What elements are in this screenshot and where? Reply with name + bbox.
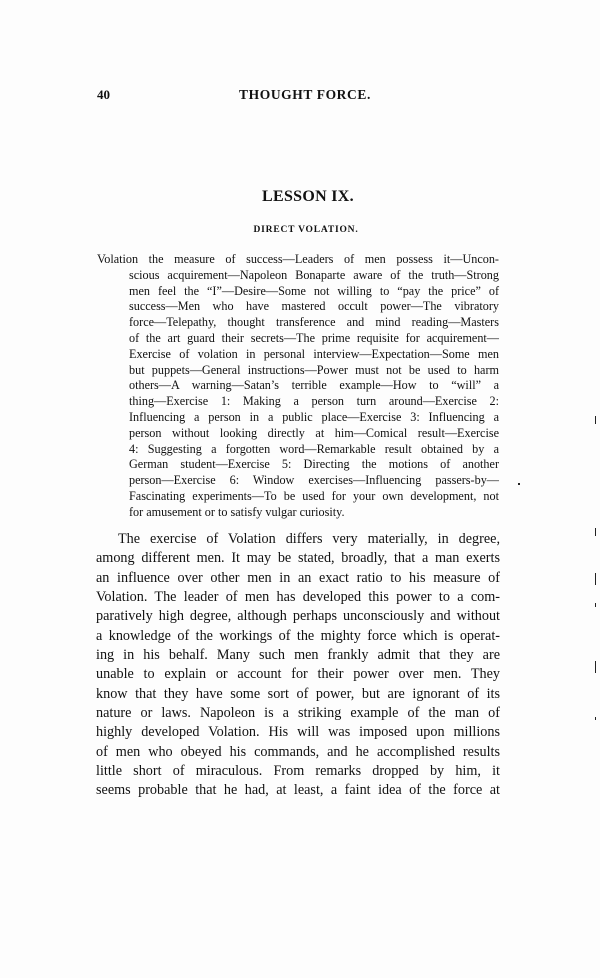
scan-artifact [595, 717, 596, 720]
body-line: seems probable that he had, at least, a … [96, 781, 500, 800]
scan-artifact [595, 603, 596, 607]
lesson-subtitle: DIRECT VOLATION. [0, 225, 600, 235]
body-paragraph: The exercise of Volation differs very ma… [96, 530, 500, 801]
running-head: THOUGHT FORCE. [0, 87, 600, 103]
summary-line: person without looking directly at him—C… [97, 426, 499, 442]
body-line: among different men. It may be stated, b… [96, 549, 500, 568]
scan-artifact [595, 528, 596, 536]
body-line: Volation. The leader of men has develope… [96, 588, 500, 607]
summary-line: Fascinating experiments—To be used for y… [97, 489, 499, 505]
summary-line: but puppets—General instructions—Power m… [97, 363, 499, 379]
lesson-summary: Volation the measure of success—Leaders … [97, 252, 499, 521]
summary-line: success—Men who have mastered occult pow… [97, 299, 499, 315]
body-line: an influence over other men in an exact … [96, 569, 500, 588]
body-line: know that they have some sort of power, … [96, 685, 500, 704]
body-line: unable to explain or account for their p… [96, 665, 500, 684]
body-line: paratively high degree, although perhaps… [96, 607, 500, 626]
body-line: little short of miraculous. From remarks… [96, 762, 500, 781]
body-line: of men who obeyed his commands, and he a… [96, 743, 500, 762]
summary-line: force—Telepathy, thought transference an… [97, 315, 499, 331]
summary-line: scious acquirement—Napoleon Bonaparte aw… [97, 268, 499, 284]
scan-artifact [595, 573, 596, 585]
body-line: nature or laws. Napoleon is a striking e… [96, 704, 500, 723]
scan-artifact [518, 483, 520, 485]
body-line: ing in his behalf. Many such men frankly… [96, 646, 500, 665]
summary-line: of the art guard their secrets—The prime… [97, 331, 499, 347]
body-line: The exercise of Volation differs very ma… [96, 530, 500, 549]
lesson-title: LESSON IX. [0, 188, 600, 206]
scan-artifact [595, 416, 596, 424]
scan-artifact [595, 661, 596, 673]
summary-line: German student—Exercise 5: Directing the… [97, 457, 499, 473]
body-line: a knowledge of the workings of the might… [96, 627, 500, 646]
summary-line: 4: Suggesting a forgotten word—Remarkabl… [97, 442, 499, 458]
summary-line: men feel the “I”—Desire—Some not willing… [97, 284, 499, 300]
body-line: highly developed Volation. His will was … [96, 723, 500, 742]
summary-line: Volation the measure of success—Leaders … [97, 252, 499, 268]
summary-line: person—Exercise 6: Window exercises—Infl… [97, 473, 499, 489]
summary-line: thing—Exercise 1: Making a person turn a… [97, 394, 499, 410]
summary-line: Influencing a person in a public place—E… [97, 410, 499, 426]
summary-line: others—A warning—Satan’s terrible exampl… [97, 378, 499, 394]
summary-line: Exercise of volation in personal intervi… [97, 347, 499, 363]
summary-line: for amusement or to satisfy vulgar curio… [97, 505, 499, 521]
